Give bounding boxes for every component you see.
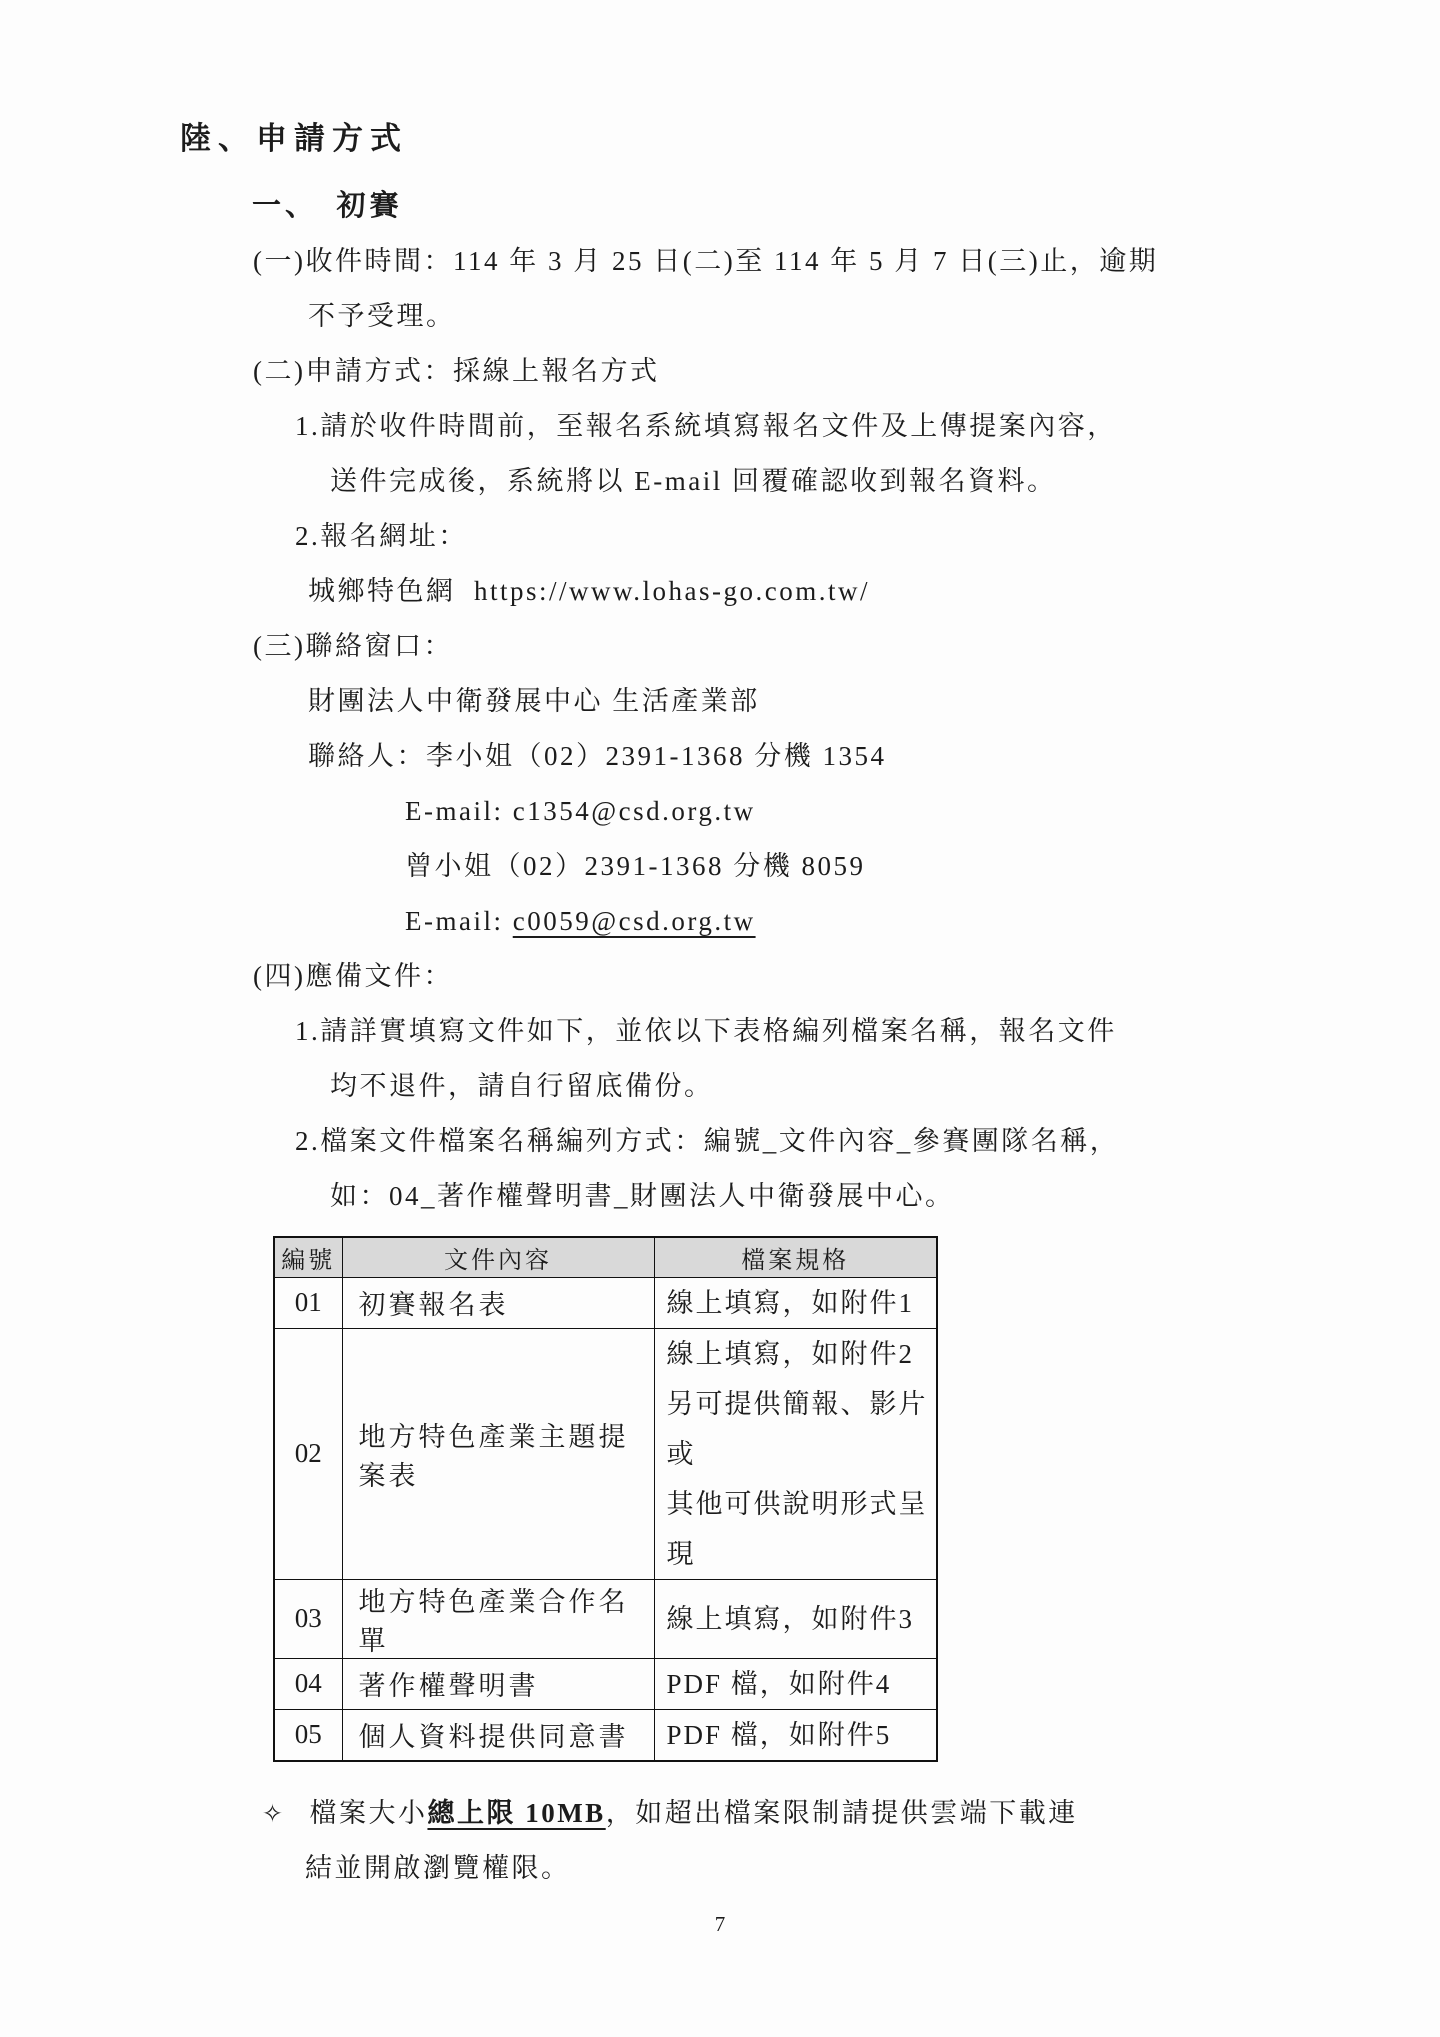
footnote-text-pre: 檔案大小 bbox=[309, 1798, 427, 1828]
page-number: 7 bbox=[0, 1912, 1440, 1937]
subsection-heading: 一、 初賽 bbox=[252, 186, 1440, 226]
column-header-spec: 檔案規格 bbox=[654, 1237, 937, 1277]
doc-spec-cell: 線上填寫，如附件3 bbox=[654, 1579, 937, 1658]
column-header-number: 編號 bbox=[274, 1237, 342, 1277]
doc-spec-cell: PDF 檔，如附件4 bbox=[654, 1658, 937, 1709]
doc-name-cell: 著作權聲明書 bbox=[342, 1658, 654, 1709]
table-row: 05 個人資料提供同意書 PDF 檔，如附件5 bbox=[274, 1709, 937, 1761]
registration-url-label: 2.報名網址： bbox=[295, 509, 1440, 564]
table-row: 04 著作權聲明書 PDF 檔，如附件4 bbox=[274, 1658, 937, 1709]
documents-note-2-line-2: 如：04_著作權聲明書_財團法人中衛發展中心。 bbox=[330, 1169, 1440, 1224]
documents-section-header: (四)應備文件： bbox=[253, 949, 1440, 1004]
organization-line: 財團法人中衛發展中心 生活產業部 bbox=[308, 674, 1440, 729]
doc-name-cell: 初賽報名表 bbox=[342, 1277, 654, 1328]
email-address: c1354@csd.org.tw bbox=[513, 796, 756, 826]
registration-url-line: 城鄉特色網 https://www.lohas-go.com.tw/ bbox=[308, 564, 1440, 619]
table-row: 01 初賽報名表 線上填寫，如附件1 bbox=[274, 1277, 937, 1328]
diamond-icon: ✧ bbox=[262, 1786, 285, 1841]
contact-person-2-line: 曾小姐（02）2391-1368 分機 8059 bbox=[405, 839, 1440, 894]
doc-number-cell: 02 bbox=[274, 1328, 342, 1579]
contact-section-header: (三)聯絡窗口： bbox=[253, 619, 1440, 674]
section-heading: 陸、申請方式 bbox=[0, 0, 1440, 160]
table-row: 03 地方特色產業合作名單 線上填寫，如附件3 bbox=[274, 1579, 937, 1658]
doc-spec-cell: 線上填寫，如附件1 bbox=[654, 1277, 937, 1328]
footnote-text-post: ，如超出檔案限制請提供雲端下載連 bbox=[606, 1798, 1078, 1828]
table-header-row: 編號 文件內容 檔案規格 bbox=[274, 1237, 937, 1277]
doc-number-cell: 04 bbox=[274, 1658, 342, 1709]
documents-table: 編號 文件內容 檔案規格 01 初賽報名表 線上填寫，如附件1 02 地方特色產… bbox=[273, 1236, 938, 1762]
contact-person-1-line: 聯絡人：李小姐（02）2391-1368 分機 1354 bbox=[308, 729, 1440, 784]
table-row: 02 地方特色產業主題提案表 線上填寫，如附件2 另可提供簡報、影片或 其他可供… bbox=[274, 1328, 937, 1579]
doc-name-cell: 地方特色產業主題提案表 bbox=[342, 1328, 654, 1579]
apply-note-line-1: 1.請於收件時間前，至報名系統填寫報名文件及上傳提案內容， bbox=[295, 399, 1440, 454]
documents-note-1-line-2: 均不退件，請自行留底備份。 bbox=[330, 1059, 1440, 1114]
file-size-footnote: ✧ 檔案大小總上限 10MB，如超出檔案限制請提供雲端下載連 bbox=[262, 1786, 1440, 1841]
footnote-size-limit: 總上限 10MB bbox=[427, 1798, 605, 1828]
email-label: E-mail: bbox=[405, 796, 513, 826]
footnote-text: 檔案大小總上限 10MB，如超出檔案限制請提供雲端下載連 bbox=[309, 1786, 1077, 1841]
doc-spec-cell: 線上填寫，如附件2 另可提供簡報、影片或 其他可供說明形式呈現 bbox=[654, 1328, 937, 1579]
column-header-document: 文件內容 bbox=[342, 1237, 654, 1277]
receive-period-line-1: (一)收件時間：114 年 3 月 25 日(二)至 114 年 5 月 7 日… bbox=[253, 234, 1440, 289]
documents-note-2-line-1: 2.檔案文件檔案名稱編列方式：編號_文件內容_參賽團隊名稱， bbox=[295, 1114, 1440, 1169]
document-page: 陸、申請方式 一、 初賽 (一)收件時間：114 年 3 月 25 日(二)至 … bbox=[0, 0, 1440, 2037]
apply-note-line-2: 送件完成後，系統將以 E-mail 回覆確認收到報名資料。 bbox=[330, 454, 1440, 509]
receive-period-line-2: 不予受理。 bbox=[308, 289, 1440, 344]
footnote-text-line-2: 結並開啟瀏覽權限。 bbox=[305, 1841, 1440, 1896]
apply-method-line: (二)申請方式：採線上報名方式 bbox=[253, 344, 1440, 399]
email-address: c0059@csd.org.tw bbox=[513, 906, 756, 936]
doc-name-cell: 地方特色產業合作名單 bbox=[342, 1579, 654, 1658]
doc-number-cell: 03 bbox=[274, 1579, 342, 1658]
documents-note-1-line-1: 1.請詳實填寫文件如下，並依以下表格編列檔案名稱，報名文件 bbox=[295, 1004, 1440, 1059]
email-label: E-mail: bbox=[405, 906, 513, 936]
contact-email-1-line: E-mail: c1354@csd.org.tw bbox=[405, 784, 1440, 839]
doc-name-cell: 個人資料提供同意書 bbox=[342, 1709, 654, 1761]
contact-email-2-line: E-mail: c0059@csd.org.tw bbox=[405, 894, 1440, 949]
doc-spec-cell: PDF 檔，如附件5 bbox=[654, 1709, 937, 1761]
doc-number-cell: 01 bbox=[274, 1277, 342, 1328]
doc-number-cell: 05 bbox=[274, 1709, 342, 1761]
